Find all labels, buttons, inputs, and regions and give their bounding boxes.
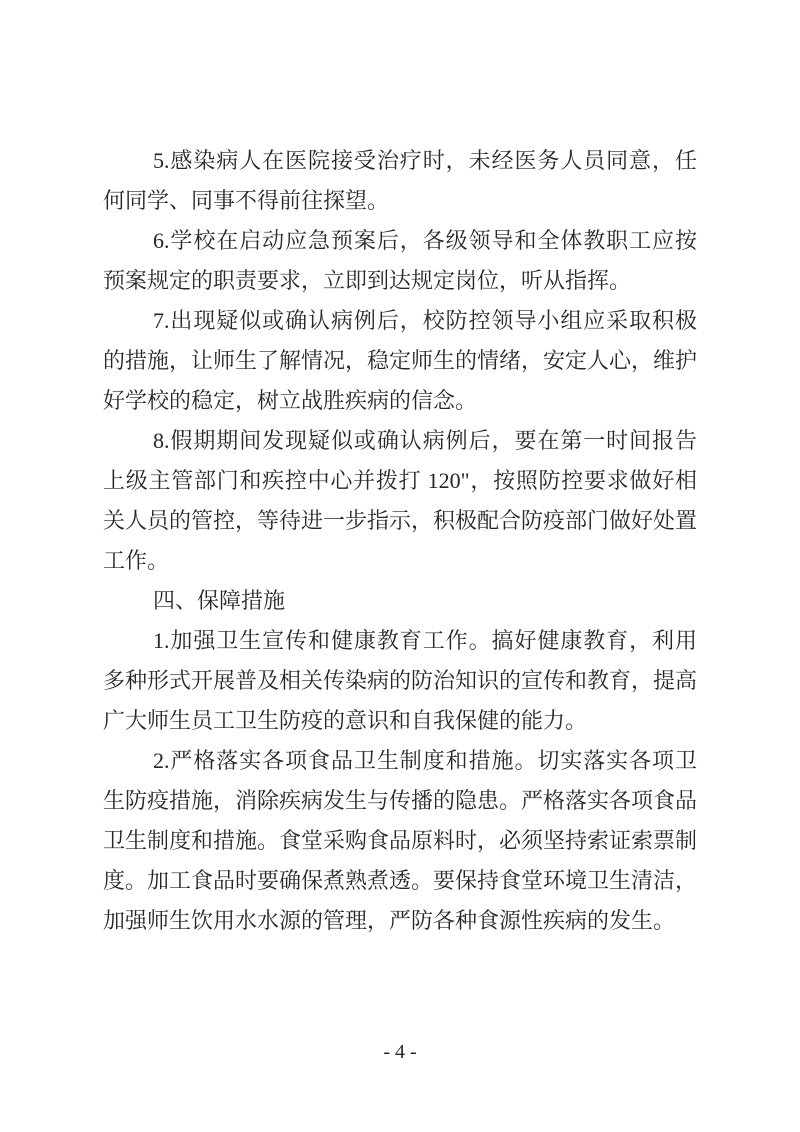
paragraph-item-7: 7.出现疑似或确认病例后，校防控领导小组应采取积极的措施，让师生了解情况，稳定师… bbox=[103, 301, 697, 421]
paragraph-measure-2: 2.严格落实各项食品卫生制度和措施。切实落实各项卫生防疫措施，消除疾病发生与传播… bbox=[103, 741, 697, 941]
document-body: 5.感染病人在医院接受治疗时，未经医务人员同意，任何同学、同事不得前往探望。 6… bbox=[103, 141, 697, 941]
page-number: - 4 - bbox=[0, 1039, 800, 1065]
paragraph-measure-1: 1.加强卫生宣传和健康教育工作。搞好健康教育，利用多种形式开展普及相关传染病的防… bbox=[103, 621, 697, 741]
section-heading-safeguard-measures: 四、保障措施 bbox=[103, 581, 697, 621]
document-page: 5.感染病人在医院接受治疗时，未经医务人员同意，任何同学、同事不得前往探望。 6… bbox=[0, 0, 800, 1132]
paragraph-item-5: 5.感染病人在医院接受治疗时，未经医务人员同意，任何同学、同事不得前往探望。 bbox=[103, 141, 697, 221]
paragraph-item-8: 8.假期期间发现疑似或确认病例后，要在第一时间报告上级主管部门和疾控中心并拨打 … bbox=[103, 421, 697, 581]
paragraph-item-6: 6.学校在启动应急预案后，各级领导和全体教职工应按预案规定的职责要求，立即到达规… bbox=[103, 221, 697, 301]
